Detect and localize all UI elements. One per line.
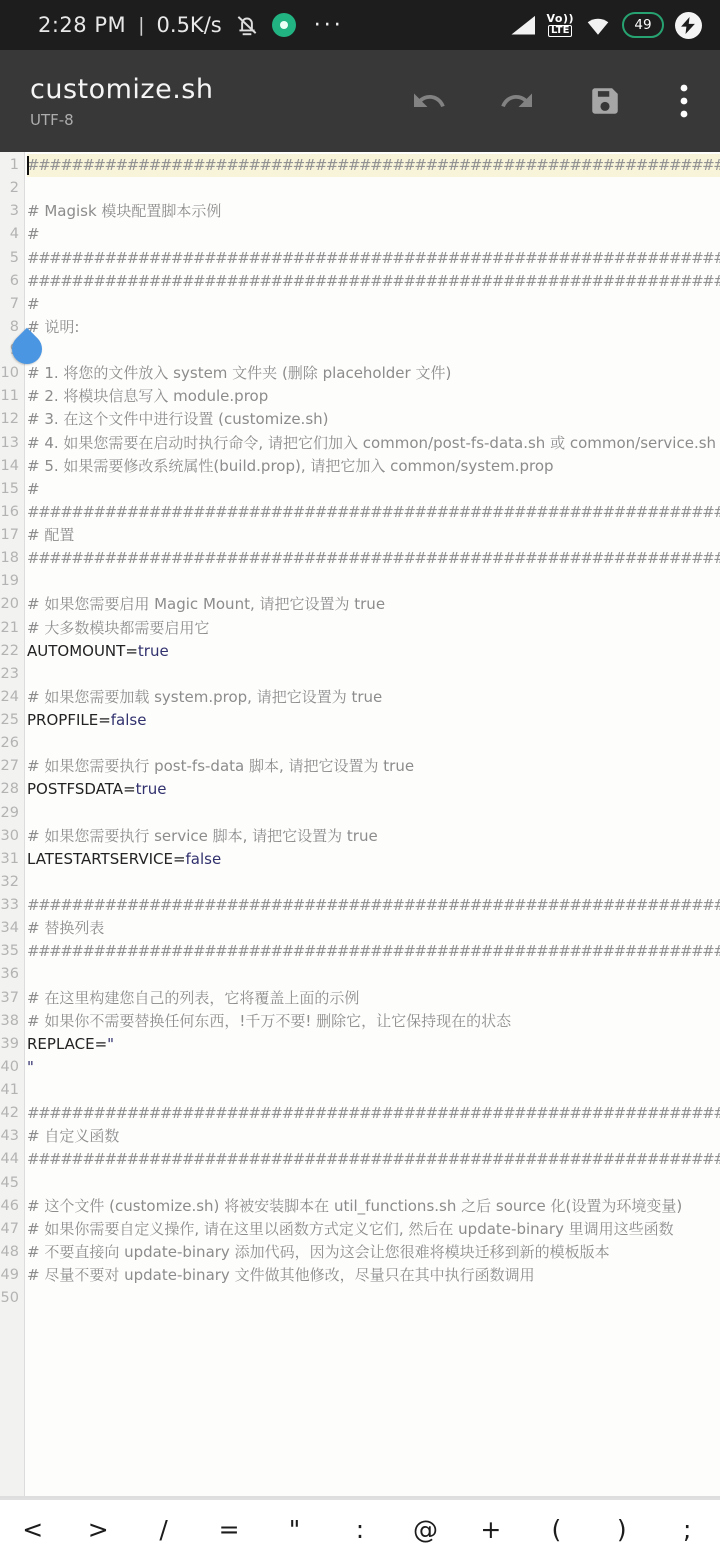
mute-bell-icon <box>234 12 260 38</box>
code-line[interactable]: REPLACE=" <box>27 1033 720 1056</box>
code-line[interactable]: ########################################… <box>27 894 720 917</box>
line-number: 11 <box>0 385 24 408</box>
code-line[interactable] <box>27 1172 720 1195</box>
line-number: 16 <box>0 501 24 524</box>
overflow-menu-button[interactable] <box>674 82 694 120</box>
line-number: 21 <box>0 617 24 640</box>
code-line[interactable]: # <box>27 339 720 362</box>
code-line[interactable] <box>27 1079 720 1102</box>
symbol-key[interactable]: ) <box>589 1500 654 1560</box>
code-line[interactable]: # 自定义函数 <box>27 1125 720 1148</box>
code-line[interactable] <box>27 871 720 894</box>
text-cursor <box>27 156 29 175</box>
line-number: 7 <box>0 293 24 316</box>
code-line[interactable]: # 如果您需要启用 Magic Mount, 请把它设置为 true <box>27 593 720 616</box>
symbol-key[interactable]: / <box>131 1500 196 1560</box>
line-number: 19 <box>0 570 24 593</box>
file-title: customize.sh <box>30 74 410 105</box>
title-bar: customize.sh UTF-8 <box>0 50 720 152</box>
editor-viewport[interactable]: 1234567891011121314151617181920212223242… <box>0 152 720 1498</box>
code-line[interactable]: AUTOMOUNT=true <box>27 640 720 663</box>
code-line[interactable]: # 尽量不要对 update-binary 文件做其他修改，尽量只在其中执行函数… <box>27 1264 720 1287</box>
code-line[interactable]: ########################################… <box>27 247 720 270</box>
code-line[interactable]: # 这个文件 (customize.sh) 将被安装脚本在 util_funct… <box>27 1195 720 1218</box>
code-line[interactable] <box>27 570 720 593</box>
code-line[interactable] <box>27 732 720 755</box>
undo-icon <box>411 83 447 119</box>
line-number: 36 <box>0 963 24 986</box>
code-line[interactable]: POSTFSDATA=true <box>27 778 720 801</box>
overflow-menu-icon <box>680 83 688 119</box>
code-area[interactable]: ########################################… <box>25 152 720 1496</box>
battery-saver-icon <box>675 12 702 39</box>
code-line[interactable]: ########################################… <box>27 1102 720 1125</box>
line-number: 47 <box>0 1218 24 1241</box>
code-line[interactable] <box>27 177 720 200</box>
code-line[interactable]: # 说明: <box>27 316 720 339</box>
separator: | <box>138 14 144 36</box>
code-line[interactable] <box>27 1287 720 1310</box>
line-number: 37 <box>0 987 24 1010</box>
battery-icon: 49 <box>622 12 664 38</box>
code-line[interactable]: # <box>27 223 720 246</box>
line-number: 18 <box>0 547 24 570</box>
code-line[interactable]: # 如果您需要执行 post-fs-data 脚本, 请把它设置为 true <box>27 755 720 778</box>
line-number: 42 <box>0 1102 24 1125</box>
line-number: 41 <box>0 1079 24 1102</box>
wifi-icon <box>585 14 611 36</box>
symbol-key[interactable]: ; <box>655 1500 720 1560</box>
symbol-key[interactable]: ( <box>524 1500 589 1560</box>
line-number: 49 <box>0 1264 24 1287</box>
code-line[interactable]: # 在这里构建您自己的列表，它将覆盖上面的示例 <box>27 987 720 1010</box>
encoding-label: UTF-8 <box>30 111 410 129</box>
code-line[interactable]: # 如果您需要执行 service 脚本, 请把它设置为 true <box>27 825 720 848</box>
line-number: 43 <box>0 1125 24 1148</box>
code-line[interactable]: # 3. 在这个文件中进行设置 (customize.sh) <box>27 408 720 431</box>
symbol-key[interactable]: : <box>327 1500 392 1560</box>
more-notifications-dots: ··· <box>314 13 344 38</box>
line-number: 15 <box>0 478 24 501</box>
code-line[interactable]: ########################################… <box>27 547 720 570</box>
code-line[interactable]: ########################################… <box>27 1148 720 1171</box>
code-line[interactable] <box>27 663 720 686</box>
line-number: 50 <box>0 1287 24 1310</box>
line-number: 5 <box>0 247 24 270</box>
battery-percent: 49 <box>634 17 651 33</box>
line-number: 25 <box>0 709 24 732</box>
status-bar: 2:28 PM | 0.5K/s ··· Vo)) LTE 49 <box>0 0 720 50</box>
line-number: 3 <box>0 200 24 223</box>
line-number: 32 <box>0 871 24 894</box>
code-line[interactable]: ########################################… <box>27 501 720 524</box>
redo-button[interactable] <box>498 82 536 120</box>
save-button[interactable] <box>586 82 624 120</box>
line-number: 39 <box>0 1033 24 1056</box>
line-number: 31 <box>0 848 24 871</box>
code-line[interactable]: # 1. 将您的文件放入 system 文件夹 (删除 placeholder … <box>27 362 720 385</box>
line-number: 20 <box>0 593 24 616</box>
line-number: 26 <box>0 732 24 755</box>
save-icon <box>588 84 622 118</box>
symbol-bar: <>/=":@+(); <box>0 1498 720 1560</box>
line-number: 2 <box>0 177 24 200</box>
code-line[interactable]: LATESTARTSERVICE=false <box>27 848 720 871</box>
line-number: 1 <box>0 154 24 177</box>
code-line[interactable] <box>27 963 720 986</box>
code-line[interactable] <box>27 802 720 825</box>
code-line[interactable]: # 2. 将模块信息写入 module.prop <box>27 385 720 408</box>
symbol-key[interactable]: " <box>262 1500 327 1560</box>
code-line[interactable]: # 4. 如果您需要在启动时执行命令, 请把它们加入 common/post-f… <box>27 432 720 455</box>
code-line[interactable]: " <box>27 1056 720 1079</box>
network-speed: 0.5K/s <box>157 13 222 37</box>
code-line[interactable]: # 5. 如果需要修改系统属性(build.prop), 请把它加入 commo… <box>27 455 720 478</box>
line-number: 10 <box>0 362 24 385</box>
line-number: 44 <box>0 1148 24 1171</box>
line-number: 46 <box>0 1195 24 1218</box>
code-line[interactable]: # 替换列表 <box>27 917 720 940</box>
code-line[interactable]: # <box>27 293 720 316</box>
line-number: 34 <box>0 917 24 940</box>
line-number: 35 <box>0 940 24 963</box>
code-line[interactable]: PROPFILE=false <box>27 709 720 732</box>
code-line[interactable]: ########################################… <box>27 154 720 177</box>
symbol-key[interactable]: = <box>196 1500 261 1560</box>
symbol-key[interactable]: > <box>65 1500 130 1560</box>
code-line[interactable]: # 如果你需要自定义操作, 请在这里以函数方式定义它们, 然后在 update-… <box>27 1218 720 1241</box>
symbol-key[interactable]: < <box>0 1500 65 1560</box>
line-number: 29 <box>0 802 24 825</box>
code-line[interactable]: # 配置 <box>27 524 720 547</box>
line-number: 6 <box>0 270 24 293</box>
line-number: 24 <box>0 686 24 709</box>
line-number: 22 <box>0 640 24 663</box>
cell-signal-icon <box>511 16 535 35</box>
line-number: 38 <box>0 1010 24 1033</box>
app-notification-icon <box>272 13 296 37</box>
code-line[interactable]: ########################################… <box>27 940 720 963</box>
symbol-key[interactable]: @ <box>393 1500 458 1560</box>
line-number: 40 <box>0 1056 24 1079</box>
code-line[interactable]: # 如果您需要加载 system.prop, 请把它设置为 true <box>27 686 720 709</box>
line-number: 12 <box>0 408 24 431</box>
line-number: 13 <box>0 432 24 455</box>
code-line[interactable]: # 如果你不需要替换任何东西，!千万不要! 删除它，让它保持现在的状态 <box>27 1010 720 1033</box>
code-line[interactable]: # 大多数模块都需要启用它 <box>27 617 720 640</box>
line-number: 23 <box>0 663 24 686</box>
line-number: 28 <box>0 778 24 801</box>
line-number: 30 <box>0 825 24 848</box>
code-line[interactable]: ########################################… <box>27 270 720 293</box>
line-number: 4 <box>0 223 24 246</box>
code-line[interactable]: # Magisk 模块配置脚本示例 <box>27 200 720 223</box>
line-number: 27 <box>0 755 24 778</box>
line-number: 45 <box>0 1172 24 1195</box>
line-number: 17 <box>0 524 24 547</box>
line-number: 33 <box>0 894 24 917</box>
code-line[interactable]: # 不要直接向 update-binary 添加代码，因为这会让您很难将模块迁移… <box>27 1241 720 1264</box>
symbol-key[interactable]: + <box>458 1500 523 1560</box>
clock: 2:28 PM <box>38 13 126 37</box>
code-line[interactable]: # <box>27 478 720 501</box>
undo-button[interactable] <box>410 82 448 120</box>
line-number: 48 <box>0 1241 24 1264</box>
line-number: 14 <box>0 455 24 478</box>
volte-icon: Vo)) LTE <box>546 13 574 37</box>
redo-icon <box>499 83 535 119</box>
